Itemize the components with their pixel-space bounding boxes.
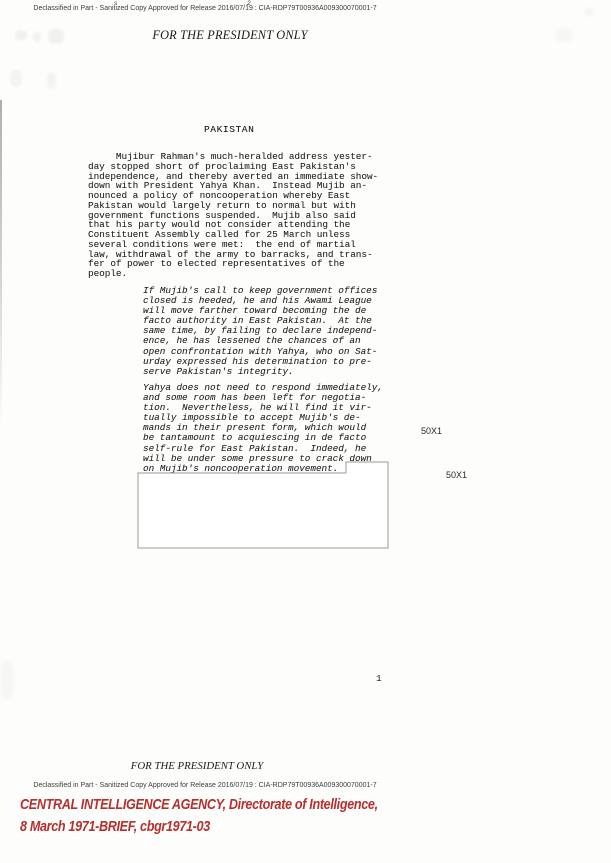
scan-smudge	[15, 30, 27, 40]
main-paragraph: Mujibur Rahman's much-heralded address y…	[88, 152, 388, 279]
bottom-declass-line: Declassified in Part - Sanitized Copy Ap…	[20, 782, 390, 789]
page-title: PAKISTAN	[204, 124, 254, 135]
redaction-box-outline	[138, 462, 388, 548]
top-declass-line: Declassified in Part - Sanitized Copy Ap…	[20, 5, 390, 12]
comment-paragraph: If Mujib's call to keep government offic…	[143, 286, 403, 377]
page-number: 1	[376, 673, 382, 684]
handwritten-mark-icon: s	[114, 0, 117, 7]
margin-code-50x1: 50X1	[446, 470, 467, 480]
citation-line: 8 March 1971-BRIEF, cbgr1971-03	[20, 818, 210, 835]
document-page: Declassified in Part - Sanitized Copy Ap…	[0, 0, 611, 863]
scan-smudge	[48, 29, 64, 44]
handwritten-mark-icon: 2	[247, 0, 251, 7]
redaction-box	[137, 460, 390, 550]
scan-smudge	[33, 32, 41, 42]
scan-smudge	[10, 70, 22, 87]
margin-code-50x1: 50X1	[421, 426, 442, 436]
citation-line: CENTRAL INTELLIGENCE AGENCY, Directorate…	[20, 796, 378, 813]
scan-smudge	[47, 72, 56, 89]
scan-smudge	[0, 660, 14, 700]
footer-classification-banner: FOR THE PRESIDENT ONLY	[117, 760, 277, 772]
scan-smudge	[584, 8, 594, 16]
scan-edge-line	[0, 100, 2, 430]
scan-smudge	[555, 28, 573, 42]
header-classification-banner: FOR THE PRESIDENT ONLY	[100, 28, 360, 43]
